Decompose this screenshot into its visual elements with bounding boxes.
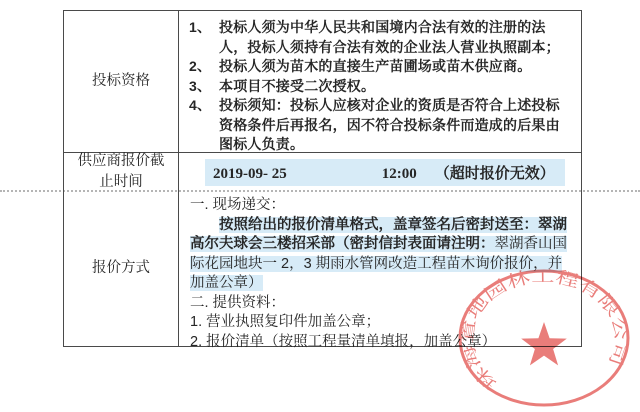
- deadline-note: （超时报价无效）: [435, 162, 555, 183]
- row-label-quote-method: 报价方式: [64, 191, 179, 346]
- document-requirement-2: 2. 报价清单（按照工程量清单填报，加盖公章）: [190, 333, 571, 353]
- qualification-item-4: 4、 投标须知：投标人应核对企业的资质是否符合上述投标资格条件后再报名，因不符合…: [189, 96, 573, 155]
- qualification-item-1: 1、 投标人须为中华人民共和国境内合法有效的注册的法人，投标人须持有合法有效的企…: [189, 18, 573, 57]
- document-page: 投标资格 1、 投标人须为中华人民共和国境内合法有效的注册的法人，投标人须持有合…: [0, 0, 640, 412]
- quote-deadline-label: 供应商报价截止时间: [71, 151, 171, 193]
- quote-deadline-cell: 2019-09- 25 12:00 （超时报价无效）: [179, 153, 581, 191]
- deadline-time: 12:00: [382, 166, 417, 183]
- item-number: 3、: [189, 77, 219, 97]
- qualification-list: 1、 投标人须为中华人民共和国境内合法有效的注册的法人，投标人须持有合法有效的企…: [179, 11, 581, 155]
- quote-method-cell: 一. 现场递交： 按照给出的报价清单格式，盖章签名后密封送至：翠湖高尔夫球会三楼…: [179, 191, 581, 346]
- row-label-quote-deadline: 供应商报价截止时间: [64, 153, 179, 191]
- document-requirement-1: 1. 营业执照复印件加盖公章；: [190, 313, 571, 333]
- item-text: 投标须知：投标人应核对企业的资质是否符合上述投标资格条件后再报名，因不符合投标条…: [219, 96, 573, 155]
- deadline-date: 2019-09- 25: [213, 166, 287, 183]
- row-label-bid-qualification: 投标资格: [64, 11, 179, 153]
- item-number: 1、: [189, 18, 219, 57]
- item-number: 4、: [189, 96, 219, 155]
- submit-instruction: 按照给出的报价清单格式，盖章签名后密封送至：翠湖高尔夫球会三楼招采部（密封信封表…: [190, 216, 571, 294]
- bid-qualification-label: 投标资格: [92, 71, 150, 92]
- item-text: 本项目不接受二次授权。: [219, 77, 573, 97]
- deadline-highlight: 2019-09- 25 12:00 （超时报价无效）: [205, 159, 565, 186]
- item-text: 投标人须为中华人民共和国境内合法有效的注册的法人，投标人须持有合法有效的企业法人…: [219, 18, 573, 57]
- quote-method-label: 报价方式: [92, 258, 150, 279]
- provide-documents-title: 二. 提供资料：: [190, 294, 571, 314]
- onsite-delivery-title: 一. 现场递交：: [190, 196, 571, 216]
- qualification-item-3: 3、 本项目不接受二次授权。: [189, 77, 573, 97]
- bid-qualification-cell: 1、 投标人须为中华人民共和国境内合法有效的注册的法人，投标人须持有合法有效的企…: [179, 11, 581, 153]
- item-number: 2、: [189, 57, 219, 77]
- qualification-item-2: 2、 投标人须为苗木的直接生产苗圃场或苗木供应商。: [189, 57, 573, 77]
- item-text: 投标人须为苗木的直接生产苗圃场或苗木供应商。: [219, 57, 573, 77]
- bid-info-table: 投标资格 1、 投标人须为中华人民共和国境内合法有效的注册的法人，投标人须持有合…: [63, 10, 582, 347]
